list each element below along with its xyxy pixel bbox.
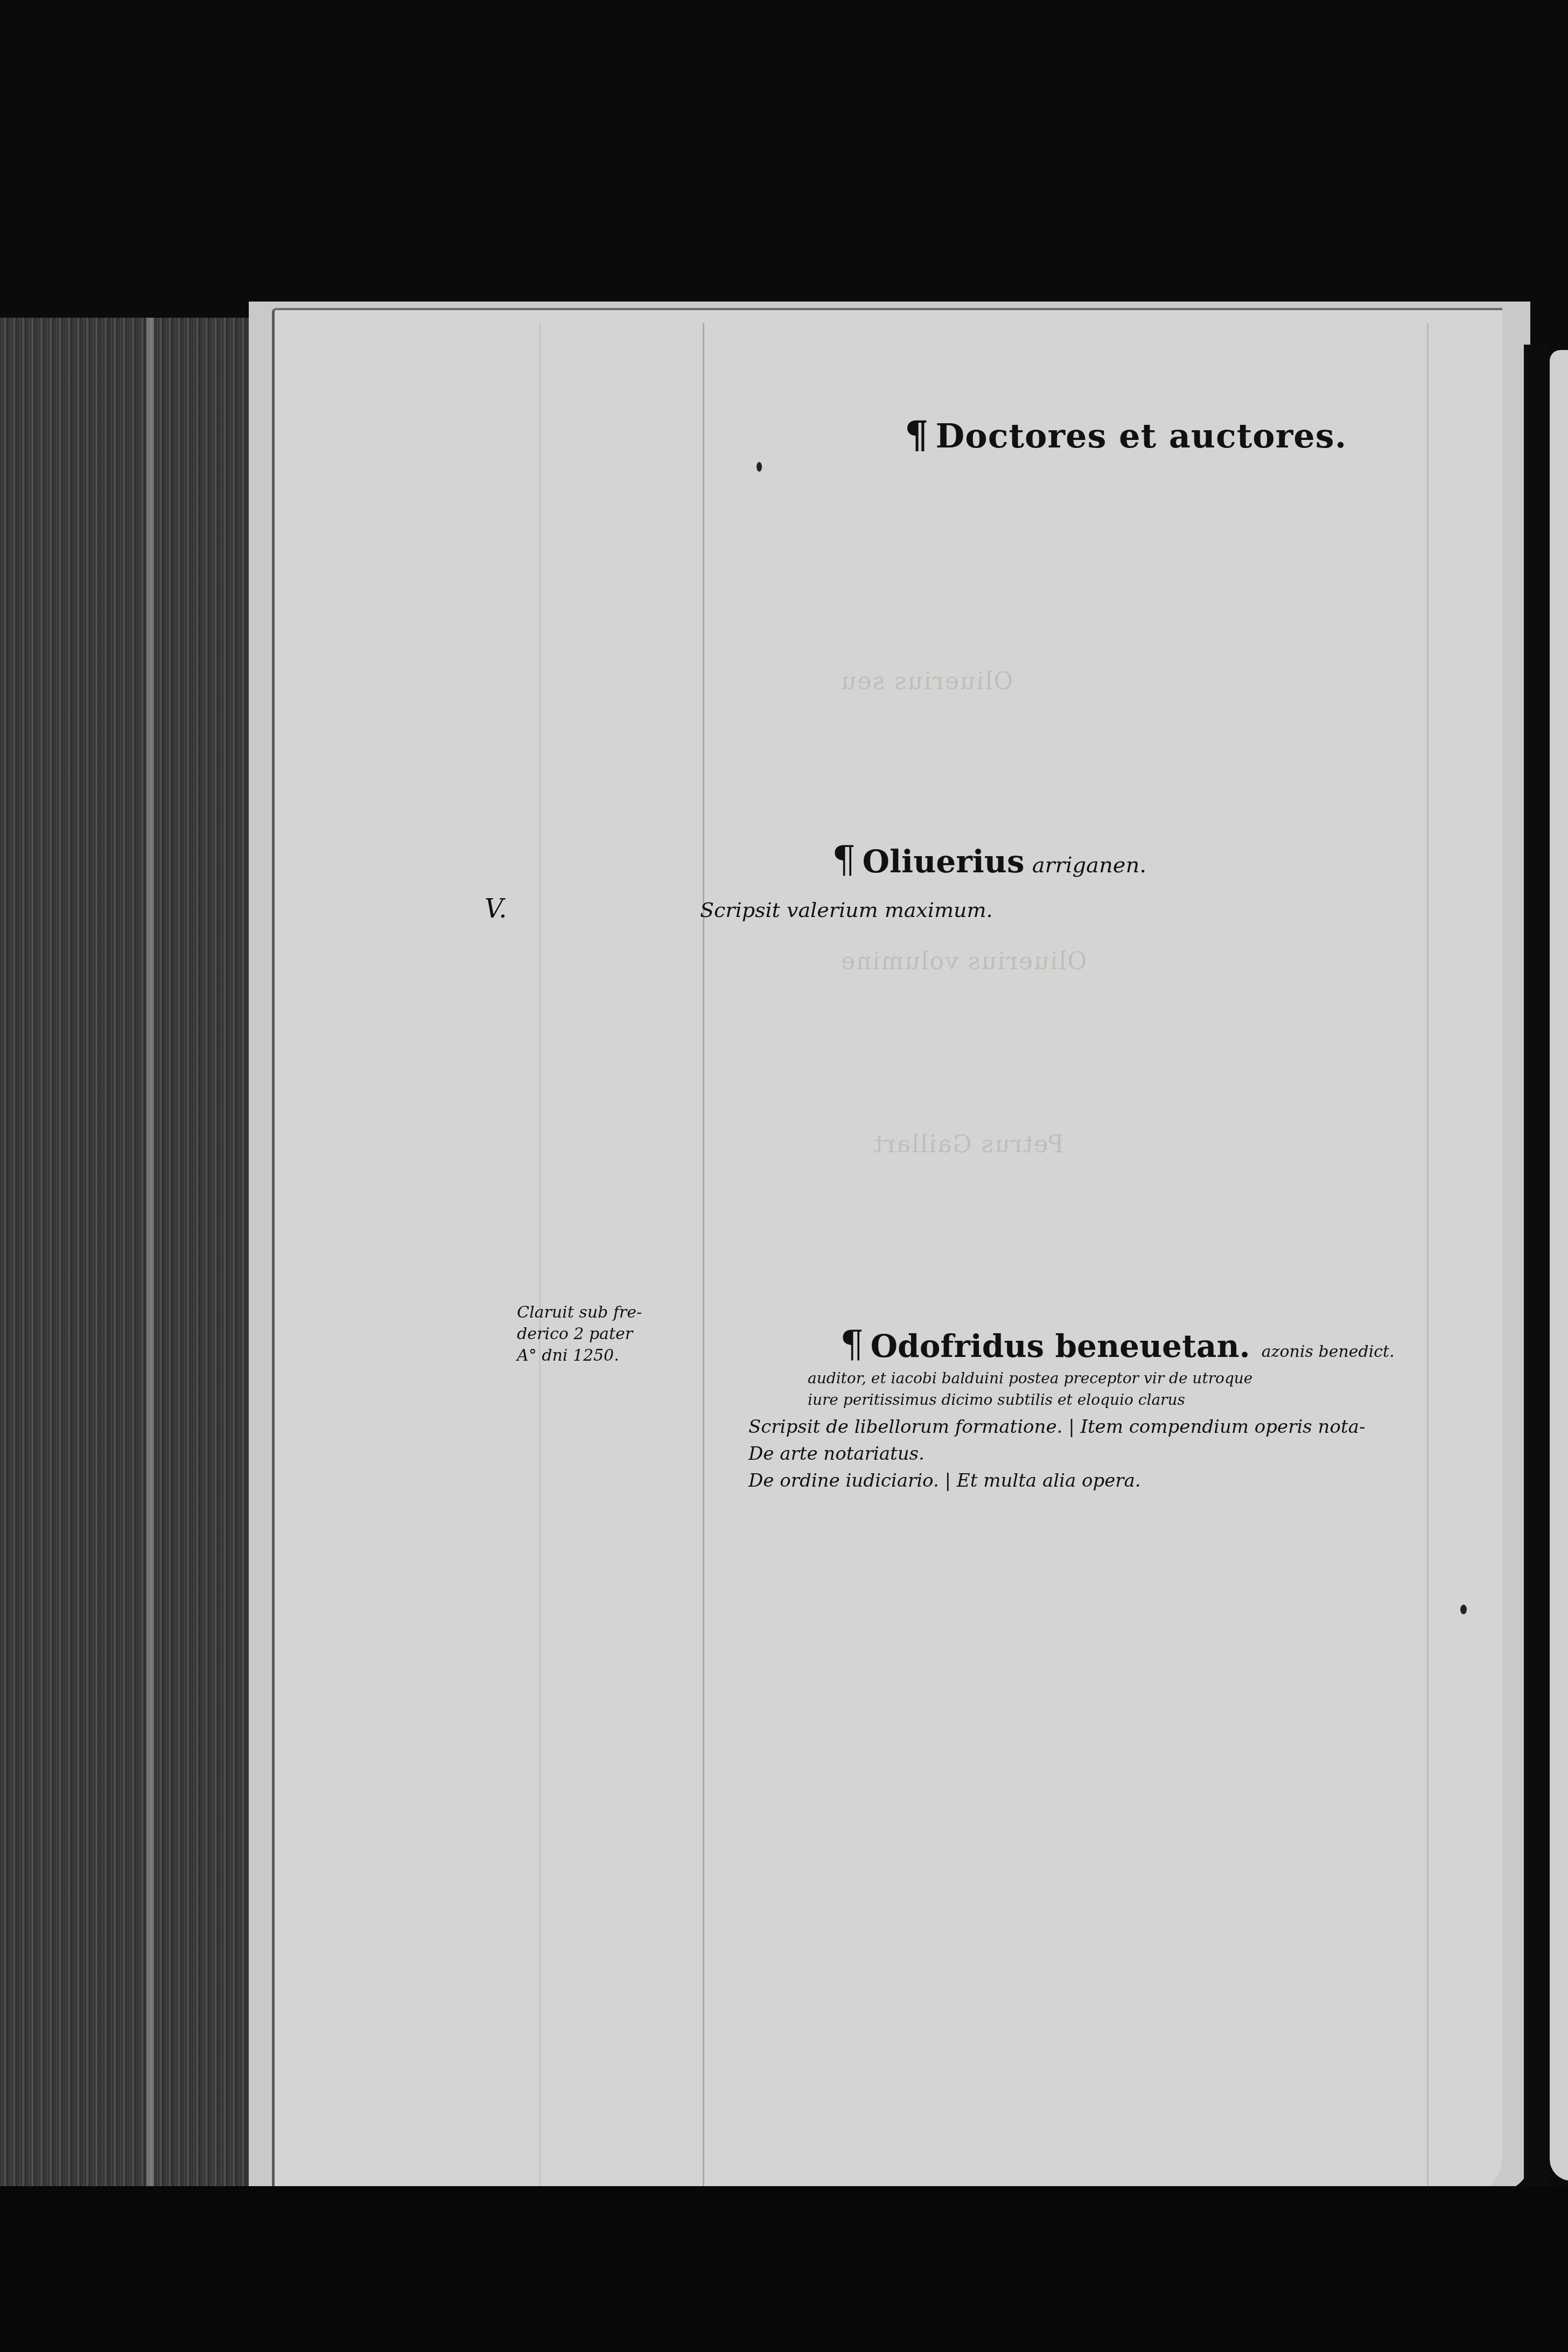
entry-name: Oliuerius xyxy=(863,843,1025,880)
book-page-edges xyxy=(0,318,253,2186)
margin-note-line: derico 2 pater xyxy=(517,1324,642,1345)
entry-heading: ¶Oliueriusarriganen. xyxy=(832,837,1146,881)
show-through-text: Oliuerius volumine xyxy=(840,948,1087,975)
ruling-line-margin xyxy=(539,323,541,2186)
entry-work: Scripsit valerium maximum. xyxy=(700,898,993,922)
ruling-line-right xyxy=(1427,323,1429,2186)
margin-note-line: A° dni 1250. xyxy=(517,1345,642,1367)
paragraph-mark-icon: ¶ xyxy=(840,1322,864,1366)
margin-note-line: Claruit sub fre- xyxy=(517,1302,642,1324)
entry-epithet: arriganen. xyxy=(1032,853,1146,878)
margin-letter: V. xyxy=(485,894,507,924)
ruling-line-main xyxy=(703,323,704,2186)
ink-speck xyxy=(1460,1605,1467,1614)
show-through-text: Petrus Gaillart xyxy=(872,1131,1064,1158)
entry-work: De ordine iudiciario. | Et multa alia op… xyxy=(748,1470,1141,1492)
entry-name: Odofridus beneuetan. xyxy=(871,1328,1250,1364)
running-heading: ¶Doctores et auctores. xyxy=(905,412,1347,457)
entry-description: iure peritissimus dicimo subtilis et elo… xyxy=(808,1389,1185,1411)
entry-work: De arte notariatus. xyxy=(748,1443,925,1465)
bottom-shadow xyxy=(0,2186,1568,2352)
entry-work: Scripsit de libellorum formatione. | Ite… xyxy=(748,1416,1365,1438)
entry-description: azonis benedict. xyxy=(1262,1342,1395,1361)
entry-description: auditor, et iacobi balduini postea prece… xyxy=(808,1368,1252,1389)
paragraph-mark-icon: ¶ xyxy=(832,837,856,881)
gutter-shadow xyxy=(1524,345,1550,2192)
margin-note: Claruit sub fre- derico 2 pater A° dni 1… xyxy=(517,1302,642,1367)
adjacent-page-edge xyxy=(1550,350,1568,2181)
entry-heading: ¶Odofridus beneuetan. azonis benedict. xyxy=(840,1322,1395,1366)
page-edge-highlight xyxy=(146,318,154,2186)
running-heading-text: Doctores et auctores. xyxy=(936,416,1347,456)
show-through-text: Oliuerius seu xyxy=(840,668,1013,695)
ink-speck xyxy=(757,462,762,472)
manuscript-page xyxy=(272,308,1502,2195)
paragraph-mark-icon: ¶ xyxy=(905,412,929,457)
